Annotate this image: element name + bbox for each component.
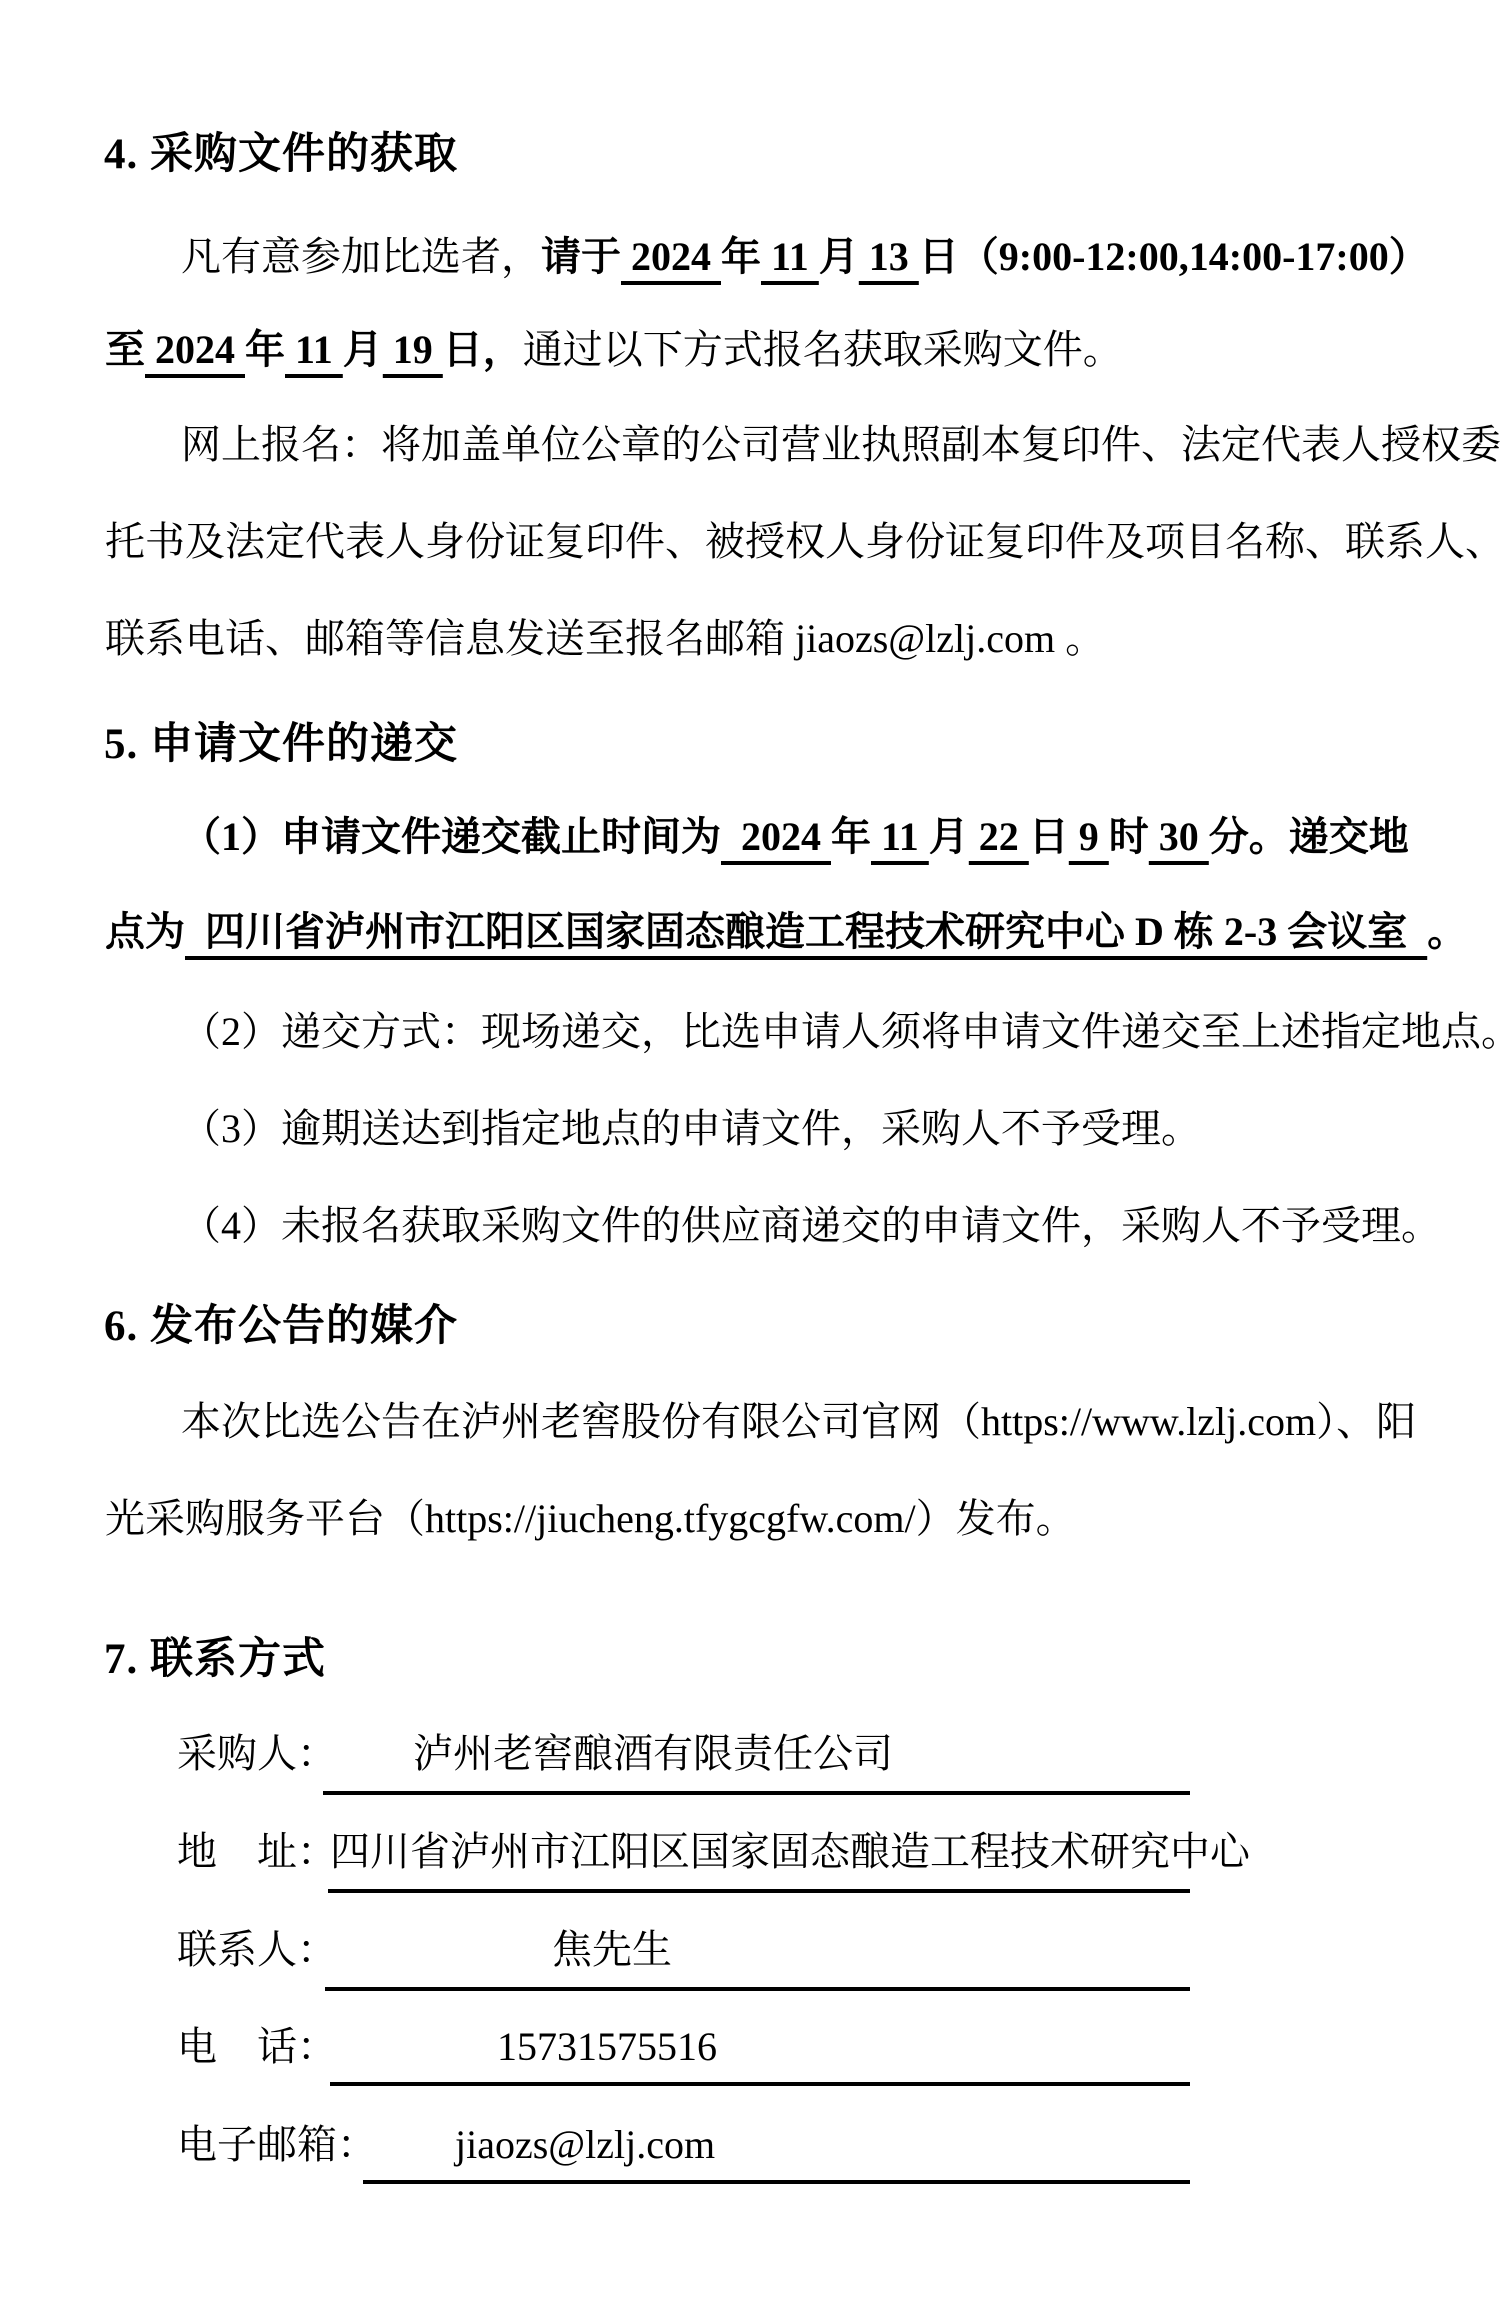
buyer-underline: 泸州老窖酿酒有限责任公司 [323,1722,1190,1795]
unregistered-line: （4）未报名获取采购文件的供应商递交的申请文件，采购人不予受理。 [105,1194,1425,1251]
obtain-date-line-2: 至 2024 年 11 月 19 日，通过以下方式报名获取采购文件。 [105,318,1425,375]
contact-row-address: 地 址：四川省泸州市江阳区国家固态酿造工程技术研究中心 [177,1820,1190,1893]
filled-year: 2024 [621,234,721,279]
online-registration-line-3: 联系电话、邮箱等信息发送至报名邮箱 jiaozs@lzlj.com 。 [105,607,1425,664]
deadline-line-2: 点为 四川省泸州市江阳区国家固态酿造工程技术研究中心 D 栋 2-3 会议室 。 [105,900,1425,957]
contact-row-phone: 电 话：15731575516 [177,2015,1190,2086]
text-run-bold: 点为 [105,909,185,954]
buyer-value: 泸州老窖酿酒有限责任公司 [413,1731,893,1776]
text-run: 通过以下方式报名获取采购文件。 [523,327,1123,372]
contact-row-buyer: 采购人：泸州老窖酿酒有限责任公司 [177,1722,1190,1795]
text-run-bold: 分。递交地 [1209,814,1409,859]
text-run-bold: 时 [1109,814,1149,859]
contact-row-person: 联系人：焦先生 [177,1918,1190,1991]
text-run-bold: 。 [1427,909,1467,954]
phone-label: 电 话： [177,2015,330,2072]
text-run-bold: 年 [245,327,285,372]
filled-month: 11 [871,814,929,859]
text-run-bold: 至 [105,327,145,372]
section-7-heading: 7. 联系方式 [104,1625,326,1686]
email-label: 电子邮箱： [177,2113,363,2170]
text-run-bold: 年 [721,234,761,279]
delivery-method-line: （2）递交方式：现场递交，比选申请人须将申请文件递交至上述指定地点。 [105,1000,1425,1057]
section-4-heading: 4. 采购文件的获取 [104,120,458,181]
filled-month: 11 [285,327,343,372]
online-registration-line-1: 网上报名：将加盖单位公章的公司营业执照副本复印件、法定代表人授权委 [105,413,1425,470]
section-5-heading: 5. 申请文件的递交 [104,710,458,771]
contact-person-label: 联系人： [177,1918,325,1975]
text-run-bold: 日， [443,327,523,372]
address-underline: 四川省泸州市江阳区国家固态酿造工程技术研究中心 [328,1820,1190,1893]
section-6-heading: 6. 发布公告的媒介 [104,1292,458,1353]
text-run-bold: （1）申请文件递交截止时间为 [181,814,721,859]
filled-hour: 9 [1069,814,1109,859]
text-run: 凡有意参加比选者， [181,234,541,279]
filled-address: 四川省泸州市江阳区国家固态酿造工程技术研究中心 D 栋 2-3 会议室 [185,909,1427,954]
obtain-date-line-1: 凡有意参加比选者，请于 2024 年 11 月 13 日（9:00-12:00,… [105,225,1425,282]
overdue-line: （3）逾期送达到指定地点的申请文件，采购人不予受理。 [105,1097,1425,1154]
contact-person-underline: 焦先生 [325,1918,1190,1991]
text-run-bold: 请于 [541,234,621,279]
contact-person-value: 焦先生 [552,1927,672,1972]
address-value: 四川省泸州市江阳区国家固态酿造工程技术研究中心 [330,1829,1250,1874]
deadline-line-1: （1）申请文件递交截止时间为 2024 年 11 月 22 日 9 时 30 分… [105,805,1425,862]
online-registration-line-2: 托书及法定代表人身份证复印件、被授权人身份证复印件及项目名称、联系人、 [105,510,1425,567]
filled-day: 22 [969,814,1029,859]
filled-year: 2024 [145,327,245,372]
filled-day: 13 [859,234,919,279]
text-run-bold: 月 [819,234,859,279]
text-run-bold: 日 [1029,814,1069,859]
text-run-bold: 年 [831,814,871,859]
phone-underline: 15731575516 [330,2023,1190,2086]
contact-row-email: 电子邮箱：jiaozs@lzlj.com [177,2113,1190,2184]
email-value: jiaozs@lzlj.com [455,2122,715,2167]
address-label: 地 址： [177,1820,328,1877]
media-line-1: 本次比选公告在泸州老窖股份有限公司官网（https://www.lzlj.com… [105,1390,1425,1447]
document-page: 4. 采购文件的获取 凡有意参加比选者，请于 2024 年 11 月 13 日（… [0,0,1500,2319]
text-run-bold: 月 [343,327,383,372]
filled-year: 2024 [721,814,831,859]
text-run-bold: 日（9:00-12:00,14:00-17:00） [919,234,1429,279]
media-line-2: 光采购服务平台（https://jiucheng.tfygcgfw.com/）发… [105,1487,1425,1544]
filled-month: 11 [761,234,819,279]
email-underline: jiaozs@lzlj.com [363,2121,1190,2184]
filled-day: 19 [383,327,443,372]
filled-minute: 30 [1149,814,1209,859]
text-run-bold: 月 [929,814,969,859]
phone-value: 15731575516 [497,2024,717,2069]
buyer-label: 采购人： [177,1722,323,1779]
